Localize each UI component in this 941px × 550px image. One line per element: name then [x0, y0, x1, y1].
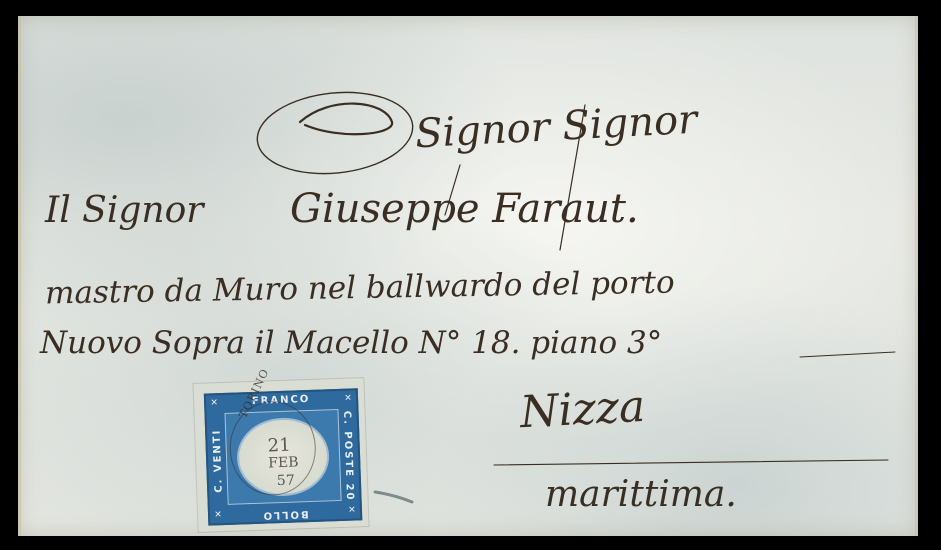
- stamp-corner-ornament-icon: ✕: [213, 510, 223, 520]
- stamp-corner-ornament-icon: ✕: [343, 393, 353, 403]
- postmark-day: 21: [267, 435, 291, 457]
- postmark-cancel: TORINO 21 FEB 57: [244, 401, 327, 500]
- stamp-label-right: C. POSTE 20: [341, 404, 356, 508]
- postage-stamp: FRANCO BOLLO C. POSTE 20 C. VENTI ✕ ✕ ✕ …: [193, 378, 368, 532]
- postmark-month: FEB: [268, 454, 299, 471]
- address-line-building: Nuovo Sopra il Macello N° 18. piano 3°: [40, 325, 662, 361]
- postmark-year: 57: [277, 473, 295, 490]
- stamp-corner-ornament-icon: ✕: [347, 505, 357, 515]
- address-addressee-name: Giuseppe Faraut.: [290, 186, 639, 232]
- stamp-corner-ornament-icon: ✕: [209, 398, 219, 408]
- address-addressee-prefix: Il Signor: [45, 190, 203, 231]
- stamp-label-bottom: BOLLO: [210, 506, 360, 522]
- stamp-label-left: C. VENTI: [211, 409, 226, 513]
- address-city: Nizza: [519, 381, 647, 438]
- address-city-suffix: marittima.: [545, 474, 737, 515]
